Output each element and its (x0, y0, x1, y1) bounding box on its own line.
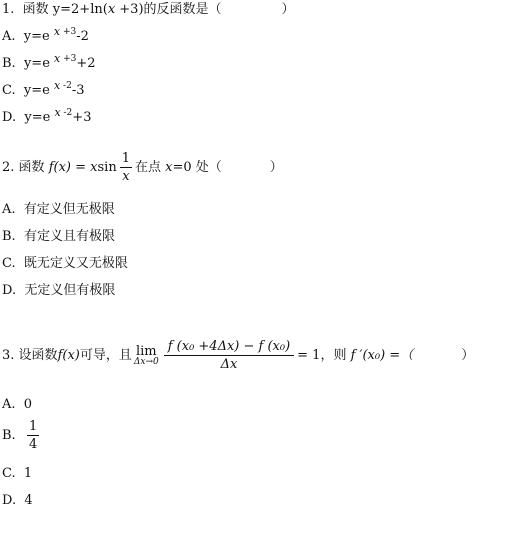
q2-option-b[interactable]: B. 有定义且有极限 (2, 229, 115, 245)
stem-text: 函数 (19, 160, 45, 176)
stem-text: 设函数 (19, 348, 58, 364)
option-exp-rest: -2 (60, 81, 72, 91)
stem-text: ） (270, 160, 283, 176)
option-text: 4 (24, 493, 32, 508)
q3-option-d[interactable]: D. 4 (2, 493, 33, 509)
question-3-stem: 3. 设函数 f(x)可导，且 lim Δx→0 f (x₀ +4Δx) − f… (2, 338, 474, 373)
q2-option-d[interactable]: D. 无定义但有极限 (2, 283, 115, 299)
stem-text: 在点 (135, 160, 165, 176)
fraction: 1 x (120, 150, 132, 185)
option-label: B. (2, 56, 16, 71)
stem-text: = 1，则 (297, 348, 346, 364)
option-label: C. (2, 83, 16, 98)
fraction-numerator: 1 (27, 418, 39, 436)
stem-func: f(x) (58, 348, 80, 364)
option-label: A. (2, 29, 16, 44)
option-label: D. (2, 493, 16, 508)
option-exp-rest: +3 (60, 54, 76, 64)
question-2-stem: 2. 函数 f(x) = xsin 1 x 在点 x=0 处（） (2, 150, 283, 185)
option-label: A. (2, 202, 16, 217)
option-exp-rest: -2 (61, 108, 73, 118)
option-text: 1 (24, 466, 32, 481)
stem-text: 函数 y=2+ln( (23, 2, 108, 17)
question-number: 3. (2, 348, 14, 364)
option-label: B. (2, 428, 16, 444)
option-label: D. (2, 283, 16, 298)
option-text: 无定义但有极限 (24, 283, 115, 298)
q1-option-a[interactable]: A. y=e x +3-2 (2, 29, 89, 46)
limit-subscript: Δx→0 (134, 358, 159, 367)
q3-option-c[interactable]: C. 1 (2, 466, 32, 482)
stem-text: ） (461, 348, 474, 364)
option-label: C. (2, 466, 16, 481)
q2-option-a[interactable]: A. 有定义但无极限 (2, 202, 115, 218)
option-label: C. (2, 256, 16, 271)
fraction-denominator: 4 (27, 436, 39, 453)
option-tail: -2 (76, 29, 89, 44)
option-label: D. (2, 110, 16, 125)
point-var: x (165, 160, 172, 176)
option-label: A. (2, 397, 16, 412)
option-base: y=e (24, 56, 50, 71)
option-label: B. (2, 229, 16, 244)
option-tail: -3 (72, 83, 85, 98)
fraction-denominator: x (120, 168, 131, 185)
question-1-stem: 1. 函数 y=2+ln(x +3)的反函数是（） (2, 2, 295, 18)
option-base: y=e (24, 110, 50, 125)
stem-sin: sin (98, 160, 117, 176)
fraction-numerator: f (x₀ +4Δx) − f (x₀) (164, 338, 294, 356)
option-exp-rest: +3 (60, 27, 76, 37)
difference-quotient: f (x₀ +4Δx) − f (x₀) Δx (164, 338, 294, 373)
fraction-denominator: Δx (219, 356, 240, 373)
fraction: 1 4 (27, 418, 39, 453)
question-number: 2. (2, 160, 14, 176)
fraction-numerator: 1 (120, 150, 132, 168)
q2-option-c[interactable]: C. 既无定义又无极限 (2, 256, 128, 272)
stem-func: f(x) (49, 160, 71, 176)
q3-option-a[interactable]: A. 0 (2, 397, 32, 413)
option-base: y=e (24, 83, 50, 98)
stem-eq: = (71, 160, 90, 176)
option-text: 有定义且有极限 (24, 229, 115, 244)
q3-option-b[interactable]: B. 1 4 (2, 418, 42, 453)
option-text: 既无定义又无极限 (24, 256, 128, 271)
option-tail: +2 (76, 56, 95, 71)
stem-text: ） (282, 2, 295, 17)
q1-option-d[interactable]: D. y=e x -2+3 (2, 110, 91, 127)
stem-var: x (90, 160, 97, 176)
stem-text: =0 处（ (172, 160, 221, 176)
option-tail: +3 (72, 110, 91, 125)
option-base: y=e (24, 29, 50, 44)
limit: lim Δx→0 (134, 345, 159, 367)
limit-label: lim (136, 345, 157, 358)
option-text: 0 (24, 397, 32, 412)
option-text: 有定义但无极限 (24, 202, 115, 217)
stem-text: +3)的反函数是（ (115, 2, 221, 17)
q1-option-c[interactable]: C. y=e x -2-3 (2, 83, 85, 100)
question-number: 1. (2, 2, 14, 17)
derivative-expr: f ′(x₀) =（ (351, 348, 414, 364)
q1-option-b[interactable]: B. y=e x +3+2 (2, 56, 96, 73)
option-exp: x (54, 106, 60, 119)
stem-text: 可导，且 (80, 348, 132, 364)
